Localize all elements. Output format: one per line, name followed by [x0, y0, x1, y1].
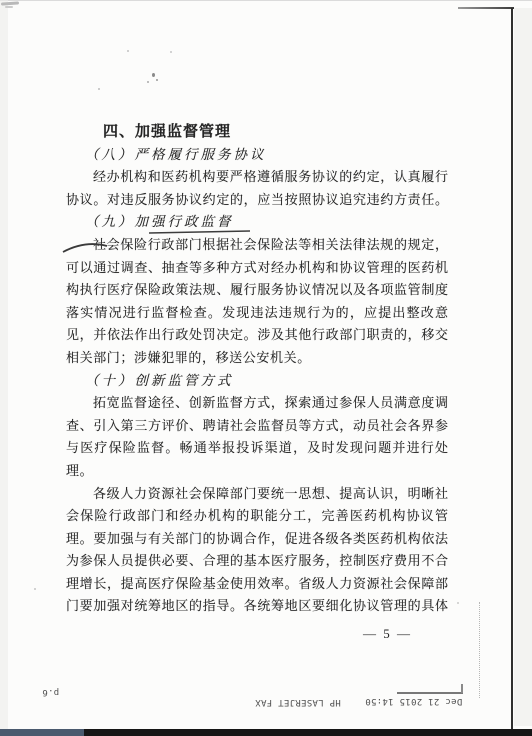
scan-speck: [156, 79, 158, 81]
text-line: 会保险行政部门和经办机构的职能分工，完善医药机构协议管: [66, 505, 448, 528]
fax-device-label: HP LASERJET FAX: [255, 697, 341, 707]
scan-smudge: [1, 1, 19, 5]
scan-speck: [34, 588, 36, 590]
scan-smudge: [5, 6, 13, 8]
text-line: 查、引入第三方评价、聘请社会监督员等方式，动员社会各界参: [66, 415, 448, 438]
text-line: 理。要加强与有关部门的协调合作，促进各级各类医药机构依法: [66, 528, 448, 551]
document-text: 四、加强监督管理（八）严格履行服务协议经办机构和医药机构要严格遵循服务协议的约定…: [66, 121, 448, 618]
scan-bottom-bar-left: [0, 729, 84, 736]
scan-bottom-bar: [84, 729, 532, 736]
text-line: 协议。对违反服务协议约定的，应当按照协议追究违约方责任。: [66, 189, 448, 212]
text-line: 各级人力资源社会保障部门要统一思想、提高认识，明晰社: [66, 483, 448, 506]
text-line: 四、加强监督管理: [66, 121, 448, 144]
text-line: 构执行医疗保险政策法规、履行服务协议情况以及各项监管制度: [66, 279, 448, 302]
text-line: （九）加强行政监督: [66, 211, 448, 234]
text-line: （八）严格履行服务协议: [66, 144, 448, 167]
scan-speck: [457, 602, 459, 604]
text-line: 拓宽监督途径、创新监督方式，探索通过参保人员满意度调: [66, 392, 448, 415]
scan-speck: [127, 50, 129, 52]
scan-speck: [147, 81, 149, 83]
text-line: （十）创新监管方式: [66, 370, 448, 393]
fax-header-tick: [461, 684, 463, 693]
scan-speck: [170, 51, 172, 53]
scan-right-margin: [514, 8, 532, 726]
text-line: 门要加强对统筹地区的指导。各统筹地区要细化协议管理的具体: [66, 595, 448, 618]
fax-page-number: p.6: [42, 687, 59, 697]
text-line: 社会保险行政部门根据社会保险法等相关法律法规的规定，: [66, 234, 448, 257]
text-line: 经办机构和医药机构要严格遵循服务协议的约定，认真履行: [66, 166, 448, 189]
text-line: 见，并依法作出行政处罚决定。涉及其他行政部门职责的，移交: [66, 324, 448, 347]
scan-speck: [152, 73, 155, 77]
scan-top-hairline: [0, 0, 532, 1]
fax-timestamp: Dec 21 2015 14:50: [365, 696, 462, 706]
fax-header-line: [397, 692, 463, 694]
text-line: 落实情况进行监督检查。发现违法违规行为的，应提出整改意: [66, 302, 448, 325]
page-edge-top-line: [458, 7, 514, 9]
text-line: 理增长，提高医疗保险基金使用效率。省级人力资源社会保障部: [66, 573, 448, 596]
text-line: 相关部门；涉嫌犯罪的，移送公安机关。: [66, 347, 448, 370]
scan-dotted-line: [479, 602, 480, 698]
text-line: 理。: [66, 460, 448, 483]
page-edge-right-line: [511, 8, 513, 729]
scanned-document-page: 四、加强监督管理（八）严格履行服务协议经办机构和医药机构要严格遵循服务协议的约定…: [0, 0, 532, 736]
text-line: 可以通过调查、抽查等多种方式对经办机构和协议管理的医药机: [66, 257, 448, 280]
scan-speck: [98, 88, 100, 90]
page-number: — 5 —: [66, 623, 448, 645]
text-line: 为参保人员提供必要、合理的基本医疗服务，控制医疗费用不合: [66, 550, 448, 573]
text-line: 与医疗保险监督。畅通举报投诉渠道，及时发现问题并进行处: [66, 437, 448, 460]
scan-left-margin: [0, 0, 8, 736]
